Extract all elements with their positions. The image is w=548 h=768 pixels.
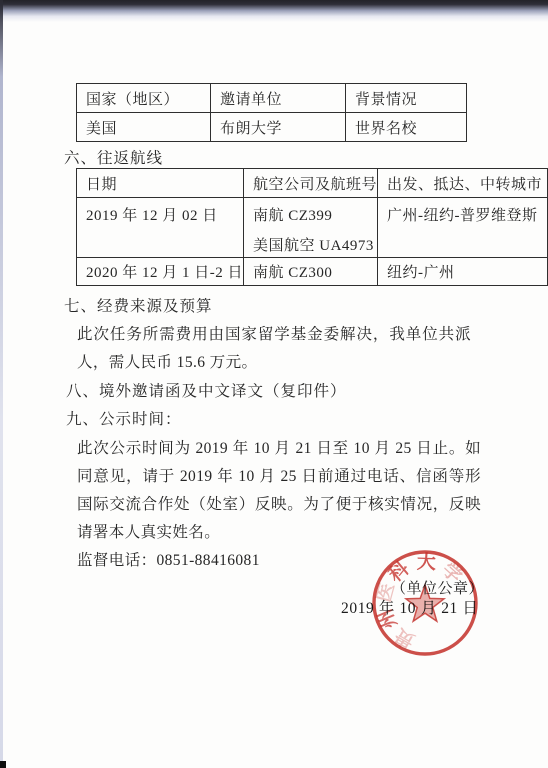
section-nine-heading: 九、公示时间：: [66, 407, 182, 429]
invitation-table: 国家（地区） 邀请单位 背景情况 美国 布朗大学 世界名校: [76, 83, 467, 142]
return-date-cell: 2020 年 12 月 1 日-2 日: [77, 258, 244, 286]
seal-char-1: 贵: [390, 623, 419, 653]
section-six-heading: 六、往返航线: [64, 146, 163, 168]
outbound-date-cell: 2019 年 12 月 02 日: [77, 198, 244, 258]
section-eight-heading: 八、境外邀请函及中文译文（复印件）: [66, 379, 347, 401]
scanned-document-page: 国家（地区） 邀请单位 背景情况 美国 布朗大学 世界名校 六、往返航线 日期 …: [0, 0, 548, 768]
section-seven-heading: 七、经费来源及预算: [64, 294, 213, 316]
return-airline-cell: 南航 CZ300: [244, 258, 378, 286]
scan-edge-left: [0, 0, 3, 768]
invitation-header-background: 背景情况: [346, 84, 467, 113]
invitation-country-cell: 美国: [77, 113, 211, 142]
seal-char-5: 大: [416, 550, 436, 574]
invitation-background-cell: 世界名校: [346, 113, 467, 142]
flights-header-route: 出发、抵达、中转城市: [378, 169, 548, 198]
funding-line-1: 此次任务所需费用由国家留学基金委解决，我单位共派出 1: [77, 322, 471, 344]
funding-line-2: 人，需人民币 15.6 万元。: [77, 350, 257, 372]
outbound-flight-2: 美国航空 UA4973: [253, 234, 377, 255]
notice-line-3: 国际交流合作处（处室）反映。为了便于核实情况，反映意见: [77, 492, 481, 514]
flights-row-outbound: 2019 年 12 月 02 日 南航 CZ399 美国航空 UA4973 广州…: [77, 198, 548, 258]
invitation-header-row: 国家（地区） 邀请单位 背景情况: [77, 84, 467, 113]
seal-placeholder-label: （单位公章）: [391, 577, 484, 598]
outbound-route-cell: 广州-纽约-普罗维登斯: [378, 198, 548, 258]
notice-line-4: 请署本人真实姓名。: [77, 520, 220, 542]
notice-line-1: 此次公示时间为 2019 年 10 月 21 日至 10 月 25 日止。如有不: [77, 436, 481, 458]
scan-corner-mark: [0, 761, 6, 768]
return-route-cell: 纽约-广州: [378, 258, 548, 286]
scan-edge-top: [0, 0, 548, 22]
flights-header-airline: 航空公司及航班号: [244, 169, 378, 198]
supervision-phone: 监督电话：0851-88416081: [77, 548, 260, 570]
invitation-data-row: 美国 布朗大学 世界名校: [77, 113, 467, 142]
outbound-airline-cell: 南航 CZ399 美国航空 UA4973: [244, 198, 378, 258]
invitation-unit-cell: 布朗大学: [211, 113, 346, 142]
notice-line-2: 同意见，请于 2019 年 10 月 25 日前通过电话、信函等形式向: [77, 464, 481, 486]
flights-header-date: 日期: [77, 169, 244, 198]
flights-table: 日期 航空公司及航班号 出发、抵达、中转城市 2019 年 12 月 02 日 …: [76, 168, 548, 286]
invitation-header-unit: 邀请单位: [211, 84, 346, 113]
invitation-header-country: 国家（地区）: [77, 84, 211, 113]
outbound-flight-1: 南航 CZ399: [253, 204, 377, 225]
signoff-date: 2019 年 10 月 21 日: [341, 596, 478, 618]
flights-header-row: 日期 航空公司及航班号 出发、抵达、中转城市: [77, 169, 548, 198]
flights-row-return: 2020 年 12 月 1 日-2 日 南航 CZ300 纽约-广州: [77, 258, 548, 286]
